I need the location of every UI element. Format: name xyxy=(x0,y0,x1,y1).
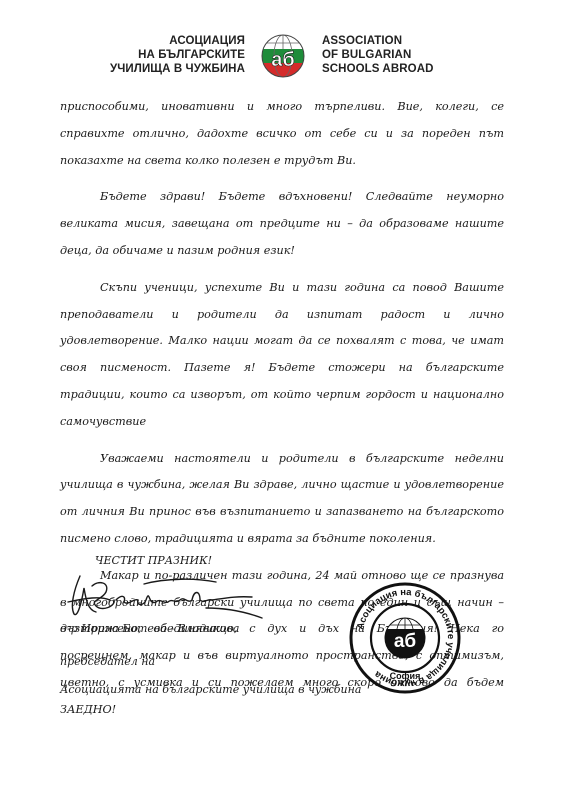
official-stamp-icon: Асоциация на българските училища в чужби… xyxy=(348,581,462,695)
stamp-logo-text: аб xyxy=(394,631,416,652)
paragraph-3: Скъпи ученици, успехите Ви и тази година… xyxy=(60,275,504,436)
paragraph-2: Бъдете здрави! Бъдете вдъхновени! Следва… xyxy=(60,184,504,264)
greeting: ЧЕСТИТ ПРАЗНИК! xyxy=(95,553,212,569)
association-logo-icon: аб xyxy=(259,32,307,80)
paragraph-1: приспособими, иновативни и много търпели… xyxy=(60,94,504,174)
stamp-city: София xyxy=(390,671,421,681)
header-bg-line-1: АСОЦИАЦИЯ xyxy=(110,34,245,48)
header-bg-line-3: УЧИЛИЩА В ЧУЖБИНА xyxy=(110,62,245,76)
signature-icon xyxy=(66,570,266,622)
paragraph-4: Уважаеми настоятели и родители в българс… xyxy=(60,446,504,553)
logo-text: аб xyxy=(271,49,294,71)
signer-name: д-р Ирина Ботева - Владикова xyxy=(60,622,239,635)
header-bg-name: АСОЦИАЦИЯ НА БЪЛГАРСКИТЕ УЧИЛИЩА В ЧУЖБИ… xyxy=(110,34,245,76)
header-en-line-1: ASSOCIATION xyxy=(322,34,434,48)
organization-name: Асоциацията на българските училища в чуж… xyxy=(60,683,361,696)
header-bg-line-2: НА БЪЛГАРСКИТЕ xyxy=(110,48,245,62)
header-en-name: ASSOCIATION OF BULGARIAN SCHOOLS ABROAD xyxy=(322,34,434,76)
signer-role: председател на xyxy=(60,655,155,668)
header-en-line-2: OF BULGARIAN xyxy=(322,48,434,62)
header-en-line-3: SCHOOLS ABROAD xyxy=(322,62,434,76)
